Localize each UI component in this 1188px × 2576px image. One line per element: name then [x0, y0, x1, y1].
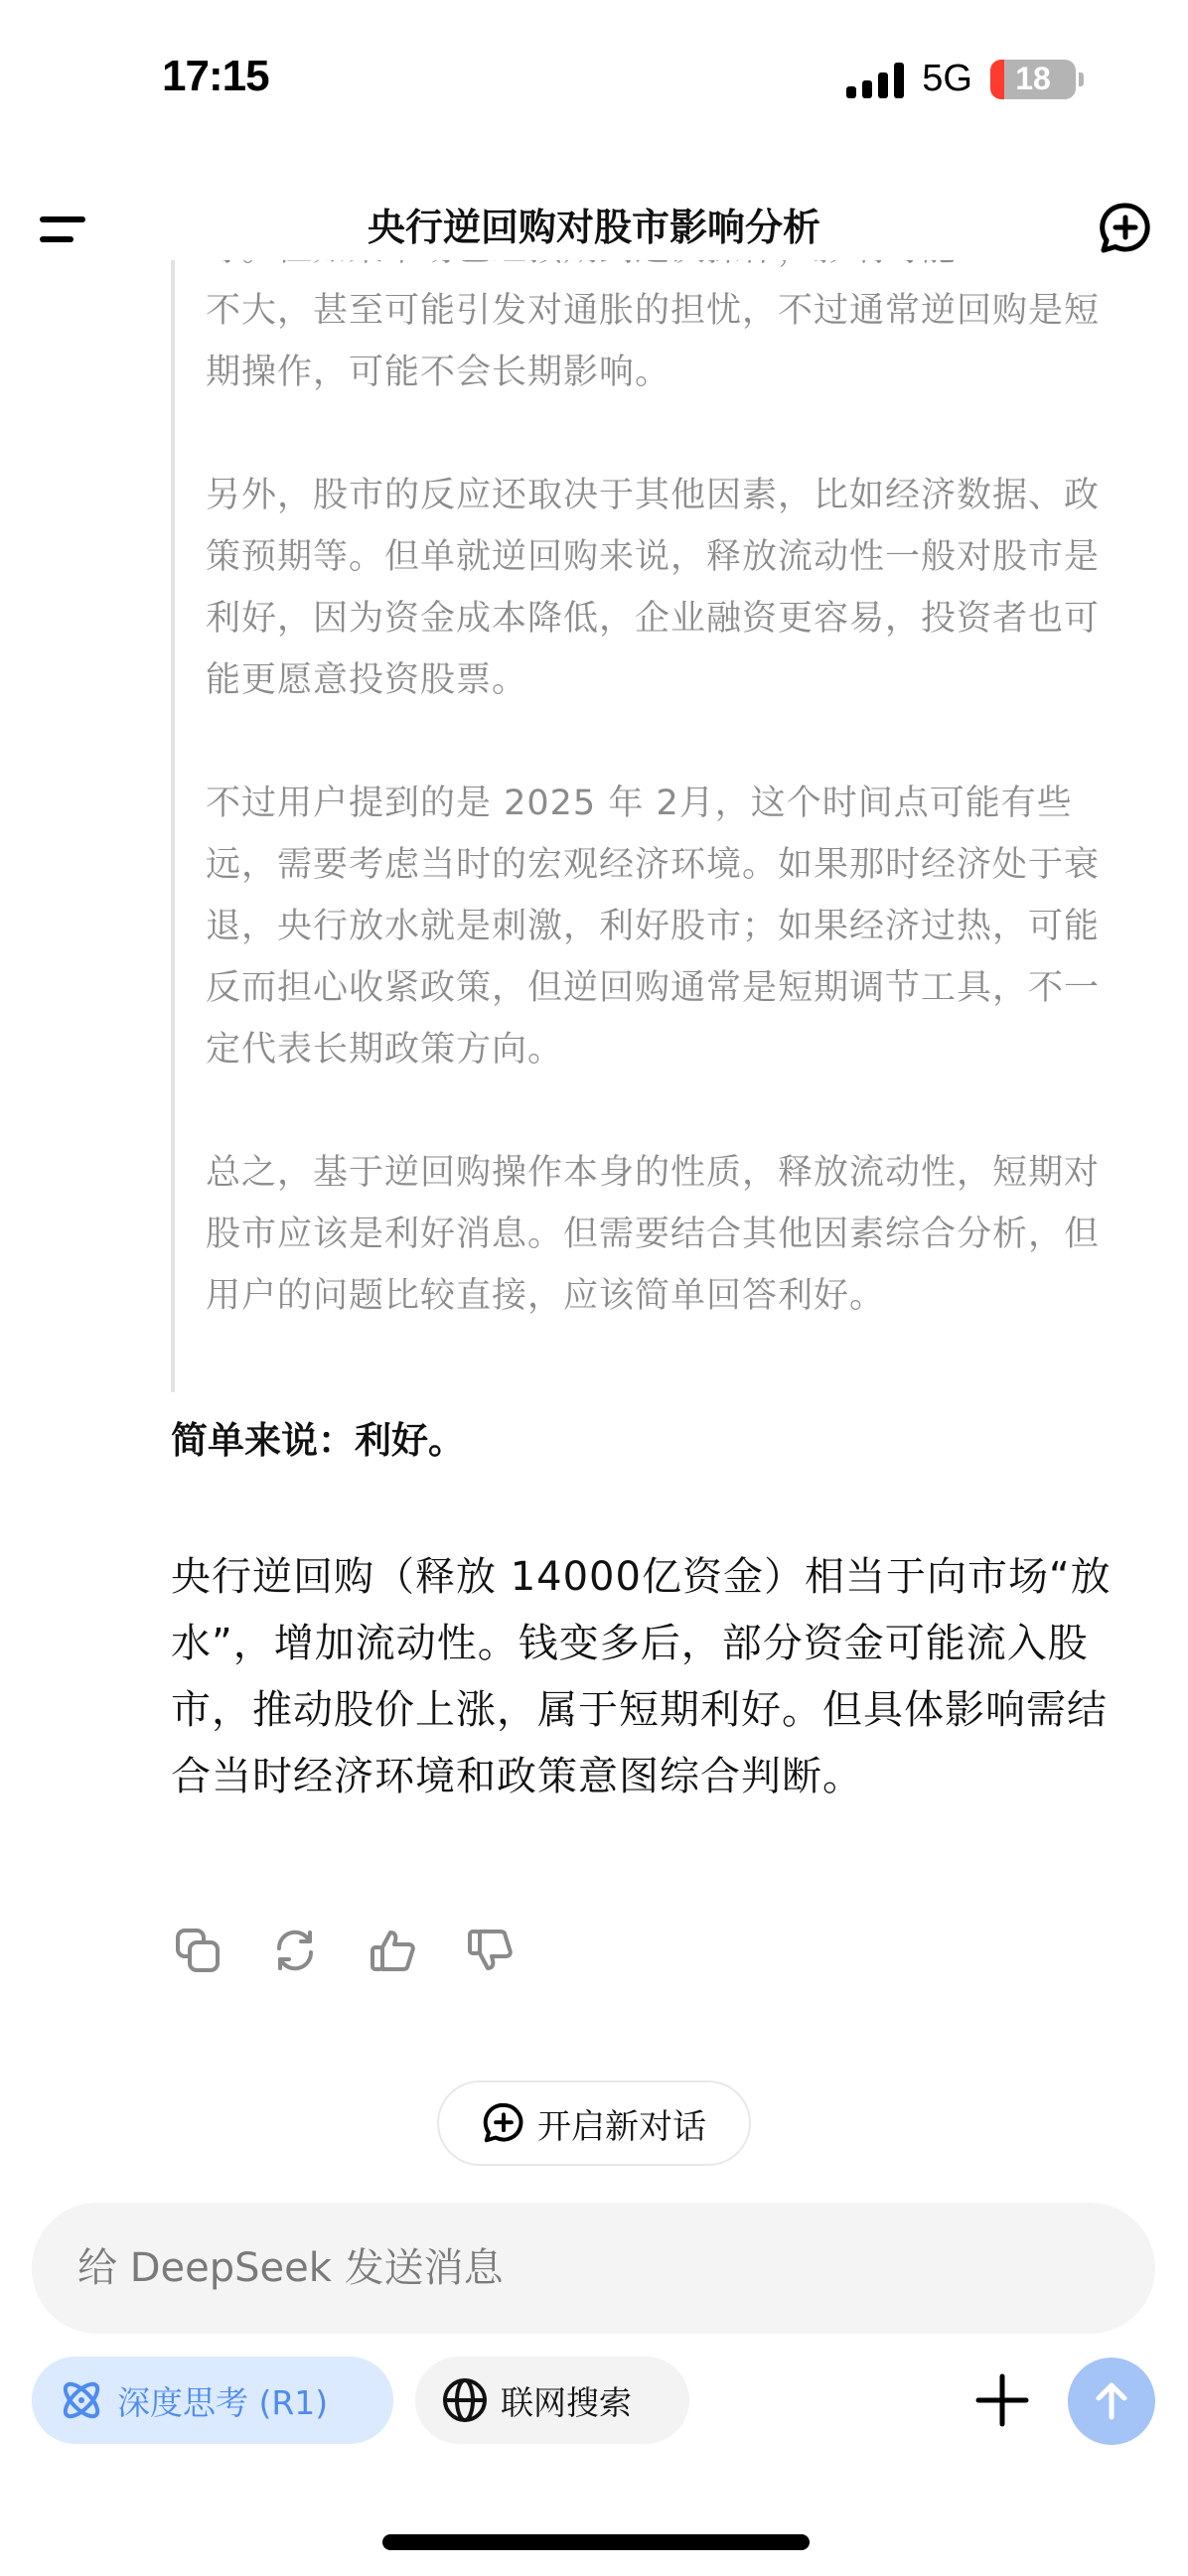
battery-icon: 18	[990, 60, 1076, 99]
new-chat-icon[interactable]	[1098, 201, 1153, 256]
battery-tip	[1079, 72, 1084, 86]
thumbs-up-icon[interactable]	[369, 1927, 416, 1974]
new-chat-button[interactable]: 开启新对话	[437, 2080, 751, 2166]
thinking-paragraph: 不过用户提到的是 2025 年 2月，这个时间点可能有些远，需要考虑当时的宏观经…	[206, 773, 1119, 1080]
plus-icon	[968, 2366, 1036, 2434]
send-button[interactable]	[1068, 2358, 1155, 2445]
thinking-clipped-line: 等。但如果市场已经预期到这次操作，影响可能	[206, 260, 1119, 280]
thumbs-down-icon[interactable]	[466, 1927, 514, 1974]
arrow-up-icon	[1090, 2379, 1133, 2423]
web-search-toggle[interactable]: 联网搜索	[415, 2357, 689, 2444]
status-time: 17:15	[162, 52, 269, 101]
deep-think-toggle[interactable]: 深度思考 (R1)	[32, 2357, 393, 2444]
new-chat-label: 开启新对话	[537, 2099, 706, 2148]
answer-summary: 简单来说：利好。	[171, 1410, 465, 1464]
message-actions	[174, 1927, 514, 1974]
thinking-process: 等。但如果市场已经预期到这次操作，影响可能 不大，甚至可能引发对通胀的担忧，不过…	[171, 260, 1124, 1392]
answer-body: 央行逆回购（释放 14000亿资金）相当于向市场“放水”，增加流动性。钱变多后，…	[171, 1544, 1144, 1810]
cellular-signal-icon	[846, 61, 904, 98]
copy-icon[interactable]	[174, 1927, 222, 1974]
web-search-label: 联网搜索	[501, 2377, 632, 2424]
deep-think-label: 深度思考 (R1)	[117, 2377, 328, 2424]
home-indicator[interactable]	[382, 2534, 810, 2550]
atom-icon	[58, 2376, 105, 2424]
message-input-container	[32, 2203, 1155, 2334]
network-type: 5G	[922, 58, 972, 100]
thinking-paragraph: 不大，甚至可能引发对通胀的担忧，不过通常逆回购是短期操作，可能不会长期影响。	[206, 280, 1119, 403]
status-icons: 5G 18	[846, 58, 1084, 100]
thinking-paragraph: 另外，股市的反应还取决于其他因素，比如经济数据、政策预期等。但单就逆回购来说，释…	[206, 465, 1119, 711]
app-header: 央行逆回购对股市影响分析	[0, 179, 1188, 268]
message-input[interactable]	[77, 2203, 1111, 2334]
thinking-paragraph: 总之，基于逆回购操作本身的性质，释放流动性，短期对股市应该是利好消息。但需要结合…	[206, 1142, 1119, 1327]
globe-icon	[441, 2376, 489, 2424]
page-title: 央行逆回购对股市影响分析	[0, 197, 1188, 251]
battery-level: 18	[1015, 61, 1051, 97]
refresh-icon[interactable]	[271, 1927, 319, 1974]
battery-fill	[990, 60, 1004, 99]
chat-plus-icon	[482, 2101, 525, 2145]
attach-plus-button[interactable]	[968, 2366, 1036, 2434]
